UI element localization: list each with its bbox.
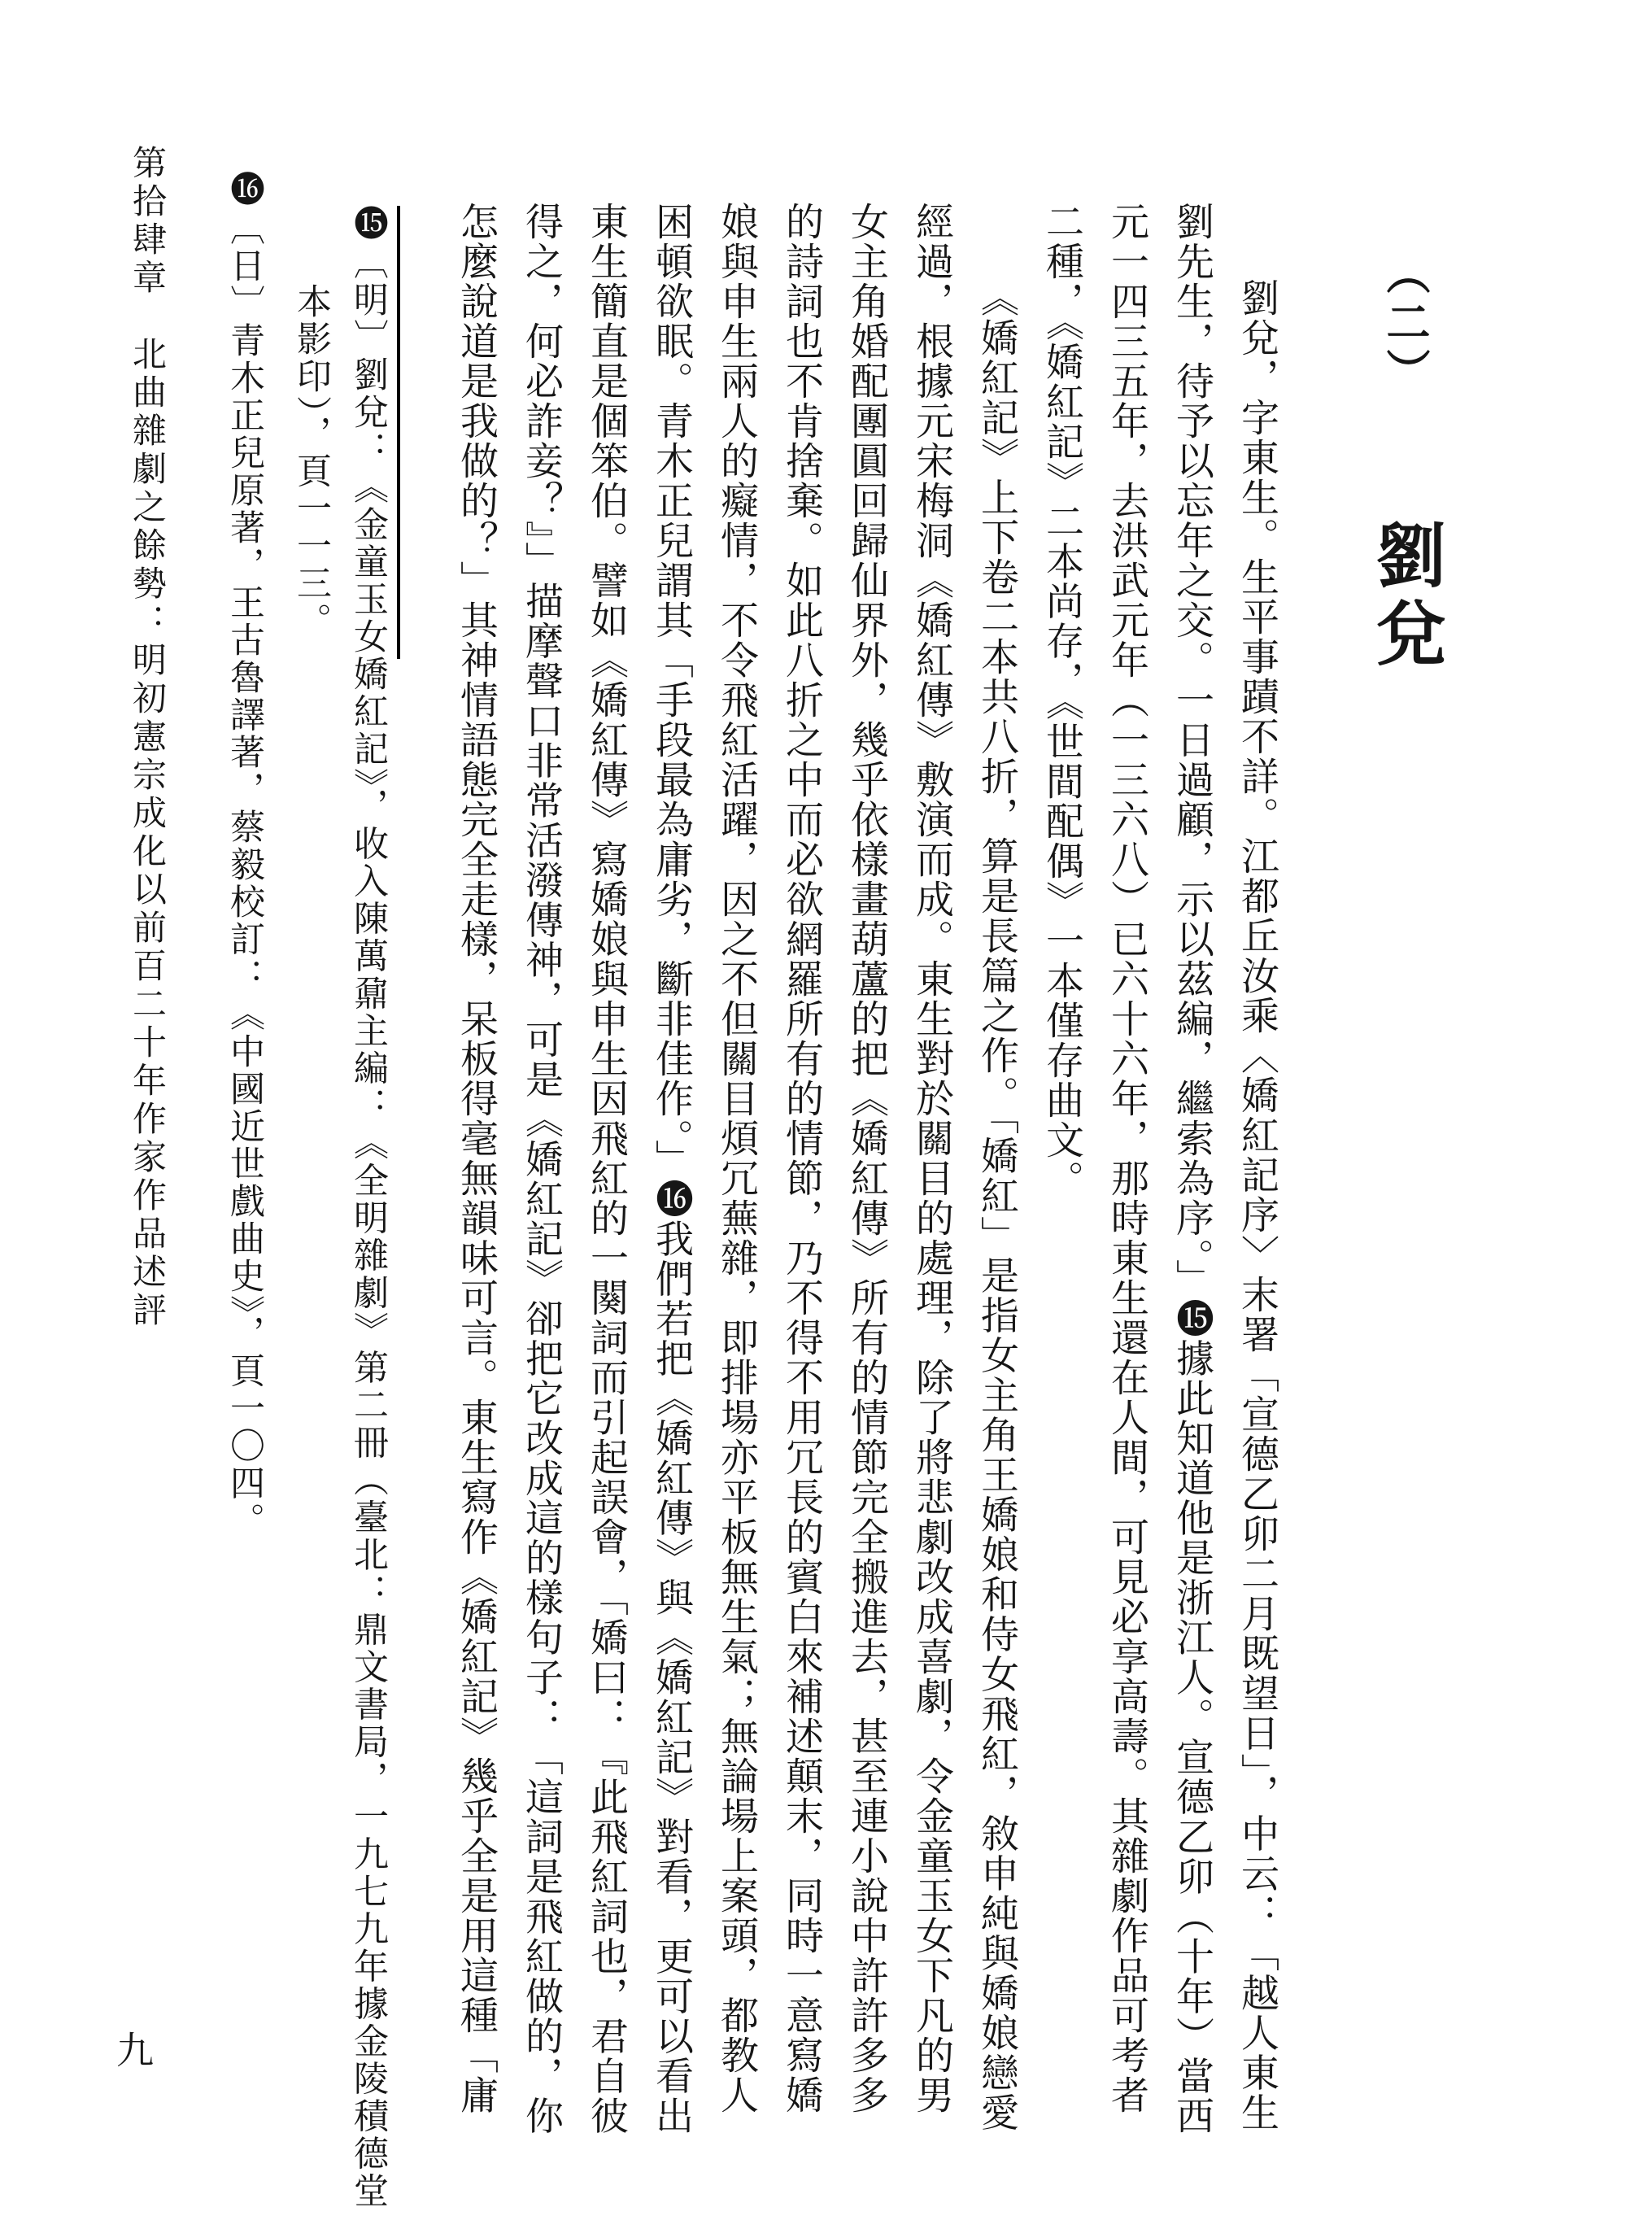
page-number: 九 [105, 2031, 159, 2068]
footnote-16-marker: ⓰ [225, 171, 264, 208]
section-heading: （二）劉兌 [1397, 251, 1412, 675]
paragraph-2: 《嬌紅記》上下卷二本共八折，算是長篇之作。「嬌紅」是指女主角王嬌娘和侍女飛紅，敘… [443, 202, 1029, 2154]
footnote-16-text: 〔日〕青木正兒原著，王古魯譯著，蔡毅校訂：《中國近世戲曲史》，頁一〇四。 [225, 210, 264, 1540]
footnote-separator-rule [397, 206, 400, 659]
body-text: 劉兌，字東生。生平事蹟不詳。江都丘汝乘〈嬌紅記序〉末署「宣德乙卯二月既望日」，中… [438, 202, 1289, 2154]
footnote-16: ⓰〔日〕青木正兒原著，王古魯譯著，蔡毅校訂：《中國近世戲曲史》，頁一〇四。 [216, 171, 272, 2042]
running-title: 第拾肆章 北曲雜劇之餘勢：明初憲宗成化以前百二十年作家作品述評 [122, 145, 171, 1487]
paragraph-1: 劉兌，字東生。生平事蹟不詳。江都丘汝乘〈嬌紅記序〉末署「宣德乙卯二月既望日」，中… [1029, 202, 1289, 2154]
section-number: （二） [1380, 251, 1429, 397]
section-title-name: 劉兌 [1366, 519, 1444, 675]
book-page: （二）劉兌 劉兌，字東生。生平事蹟不詳。江都丘汝乘〈嬌紅記序〉末署「宣德乙卯二月… [0, 0, 1652, 2229]
footnote-15: ⓯〔明〕劉兌：《金童玉女嬌紅記》，收入陳萬鼐主編：《全明雜劇》第二冊（臺北：鼎文… [282, 205, 396, 2229]
footnote-15-text: 〔明〕劉兌：《金童玉女嬌紅記》，收入陳萬鼐主編：《全明雜劇》第二冊（臺北：鼎文書… [292, 244, 387, 2210]
footnote-15-marker: ⓯ [349, 205, 387, 242]
